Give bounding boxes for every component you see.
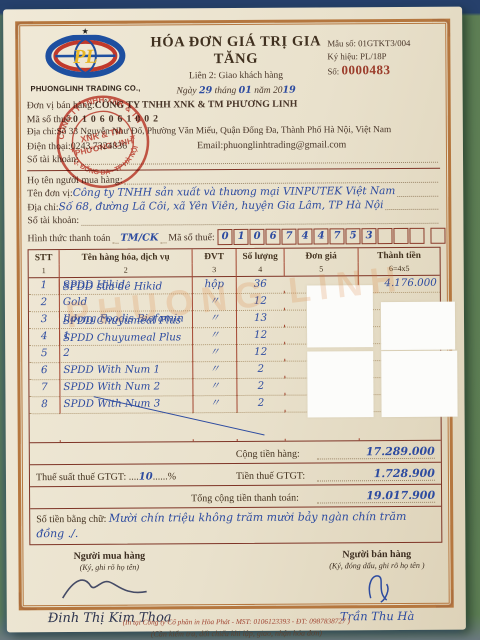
subtotal-row: Cộng tiền hàng: 17.289.000 <box>30 439 441 464</box>
date-month: 01 <box>239 85 252 96</box>
table-empty-row <box>30 411 441 442</box>
redaction-box <box>307 285 373 347</box>
buyer-block: Họ tên người mua hàng: Tên đơn vị: Công … <box>27 171 440 246</box>
buyer-account-line: Số tài khoản: <box>27 212 440 228</box>
buyer-signature-icon <box>54 571 164 606</box>
logo-company-name: PHUONGLINH TRADING CO., <box>27 84 145 94</box>
header-center: HÓA ĐƠN GIÁ TRỊ GIA TĂNG Liên 2: Giao kh… <box>144 27 327 96</box>
invoice-title: HÓA ĐƠN GIÁ TRỊ GIA TĂNG <box>144 33 327 68</box>
seller-email: phuonglinhtrading@gmail.com <box>223 138 346 152</box>
signature-section: Người mua hàng (Ký, ghi rõ họ tên) Đinh … <box>29 542 442 626</box>
buyer-taxcode-boxes: 0 1 0 6 7 4 4 7 5 3 <box>218 227 446 244</box>
payment-method-handwritten: TM/CK <box>120 231 158 245</box>
check-note: (Cần kiểm tra, đối chiếu khi lập, giao, … <box>30 627 443 639</box>
form-number: Mẫu số: 01GTKT3/004 <box>327 37 439 51</box>
grand-total-row: Tổng cộng tiền thanh toán: 19.017.900 <box>30 483 441 508</box>
invoice-paper: ★ PL PHUONGLINH TRADING CO., HÓA ĐƠN GIÁ… <box>3 7 466 633</box>
seller-signature-icon <box>337 569 417 603</box>
grand-total-value: 19.017.900 <box>317 488 435 503</box>
buyer-address-handwritten: Số 68, đường Lã Côi, xã Yên Viên, huyện … <box>59 199 384 214</box>
seller-account-line: Số tài khoản: <box>27 151 440 167</box>
date-year: 19 <box>282 85 295 96</box>
invoice-number: Số: 0000483 <box>327 63 439 79</box>
copy-line: Liên 2: Giao khách hàng <box>144 70 327 81</box>
seller-signature-block: Người bán hàng (Ký, đóng dấu, ghi rõ họ … <box>329 548 425 624</box>
amount-in-words-row: Số tiền bằng chữ: Mười chín triệu không … <box>30 505 441 544</box>
vat-amount: 1.728.900 <box>317 466 435 481</box>
subtotal-value: 17.289.000 <box>317 444 435 459</box>
buyer-address-line: Địa chỉ: Số 68, đường Lã Côi, xã Yên Viê… <box>27 198 440 214</box>
company-logo: ★ PL PHUONGLINH TRADING CO., <box>26 29 144 94</box>
globe-logo-icon: PL <box>43 35 127 80</box>
buyer-signature-block: Người mua hàng (Ký, ghi rõ họ tên) Đinh … <box>47 550 171 626</box>
border-corner-ornament <box>436 590 454 608</box>
payment-line: Hình thức thanh toán TM/CK Mã số thuế: 0… <box>27 227 440 246</box>
table-row: 8SPDD With Num 3 〃2 <box>29 394 440 414</box>
svg-text:PL: PL <box>72 46 98 68</box>
border-corner-ornament <box>432 19 450 37</box>
items-table: STTTên hàng hóa, dịch vụ ĐVTSố lượng Đơn… <box>28 246 443 545</box>
section-divider <box>27 167 440 171</box>
redaction-box <box>381 350 457 416</box>
invoice-header: ★ PL PHUONGLINH TRADING CO., HÓA ĐƠN GIÁ… <box>26 27 439 98</box>
invoice-date: Ngày 29 tháng 01 năm 2019 <box>145 84 328 96</box>
seller-block: Đơn vị bán hàng: CÔNG TY TNHH XNK & TM P… <box>27 97 440 167</box>
redaction-box <box>381 301 455 349</box>
date-day: 29 <box>199 85 212 96</box>
header-meta: Mẫu số: 01GTKT3/004 Ký hiệu: PL/18P Số: … <box>327 27 439 79</box>
border-corner-ornament <box>15 21 33 39</box>
print-house-info: (In tại Công ty Cổ phần in Hòa Phát - MS… <box>7 616 466 628</box>
vat-row: Thuế suất thuế GTGT: ....10......% Tiền … <box>30 461 441 486</box>
seller-address-line: Địa chỉ: Số 33 Nguyễn Như Đổ, Phường Văn… <box>27 124 440 140</box>
decorative-border: ★ PL PHUONGLINH TRADING CO., HÓA ĐƠN GIÁ… <box>15 19 454 611</box>
vat-rate: 10 <box>139 471 153 482</box>
seller-taxcode: 0106061002 <box>73 112 162 126</box>
redaction-box <box>307 351 373 417</box>
seller-phone: 0243.7324836 <box>71 139 127 153</box>
border-corner-ornament <box>19 592 37 610</box>
seller-company: CÔNG TY TNHH XNK & TM PHƯƠNG LINH <box>95 98 298 113</box>
